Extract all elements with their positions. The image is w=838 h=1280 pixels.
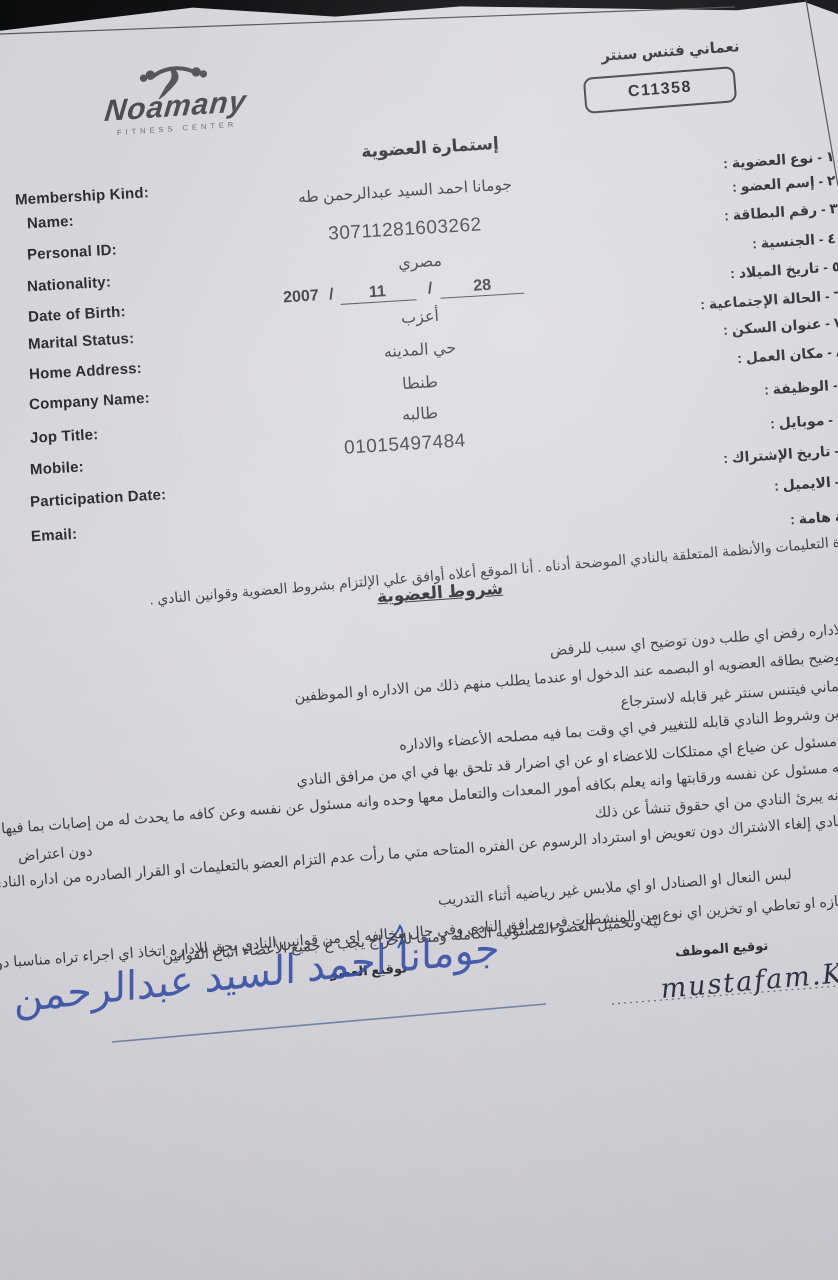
member-code: C11358 [627, 79, 692, 102]
label-email: Email: [31, 526, 78, 546]
logo: Noamany FITNESS CENTER [88, 58, 262, 139]
label-mobile: Mobile: [30, 459, 85, 479]
label-name: Name: [27, 213, 75, 233]
photographed-membership-form: { "brand": { "logo_text": "Noamany", "lo… [0, 0, 838, 1280]
dob-separator-1: / [323, 286, 340, 304]
dob-year: 2007 [283, 287, 320, 306]
dob-separator-2: / [419, 280, 440, 298]
